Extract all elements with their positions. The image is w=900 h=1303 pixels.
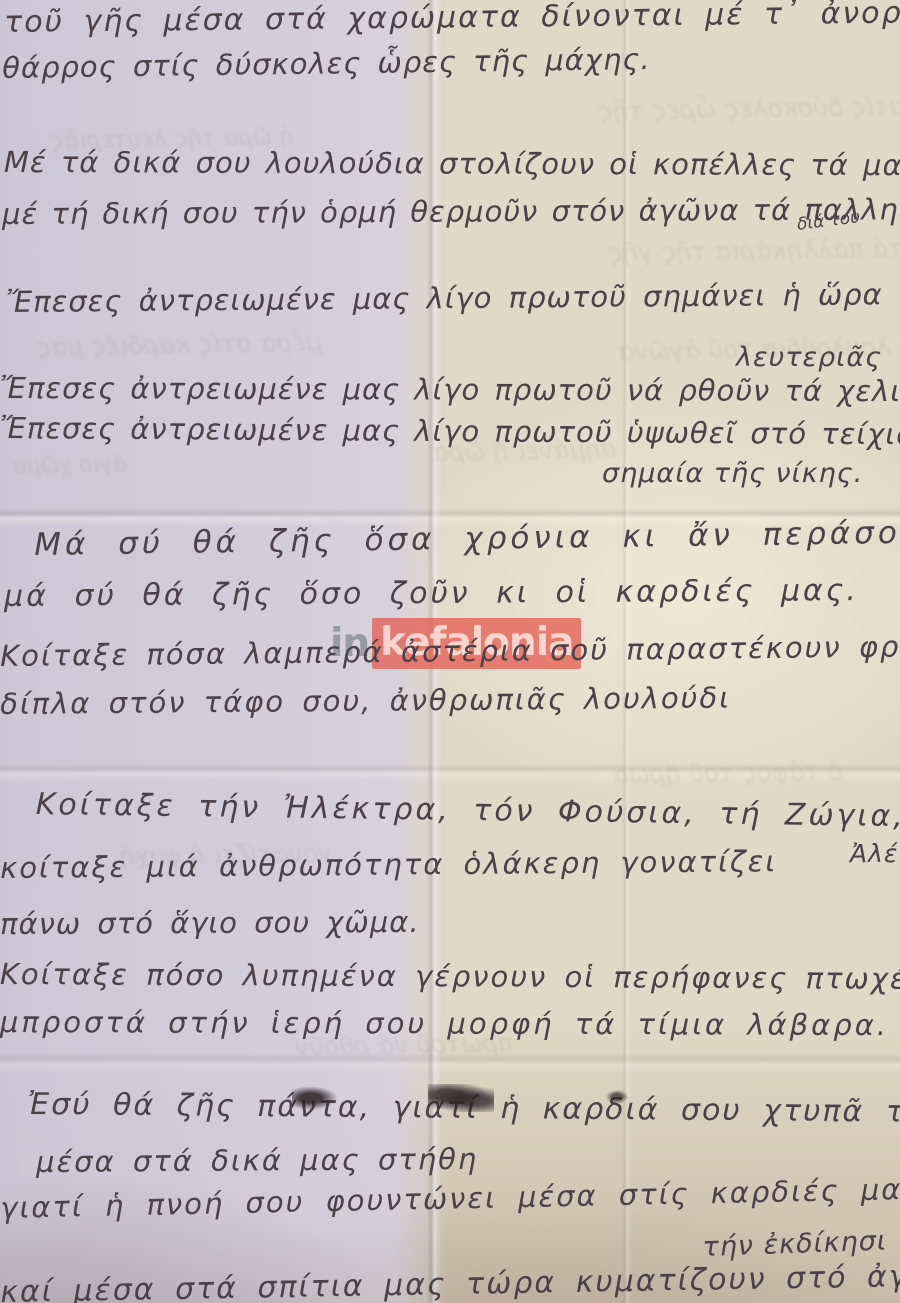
handwritten-line: Κοίταξε πόσο λυπημένα γέρνουν οἱ περήφαν… — [0, 958, 900, 996]
bleed-through-line: ἅγιο χῶμα — [12, 454, 128, 478]
handwritten-line: δίπλα στόν τάφο σου, ἀνθρωπιᾶς λουλούδι — [0, 682, 731, 722]
handwritten-line: τήν ἐκδίκησι — [702, 1226, 887, 1263]
handwritten-line: Μά σύ θά ζῆς ὅσα χρόνια κι ἄν περάσουν — [34, 515, 900, 563]
bleed-through-line: μέσα στίς καρδιές μας — [36, 330, 322, 360]
handwritten-line: τοῦ γῆς μέσα στά χαρώματα δίνονται μέ τ᾽… — [4, 0, 900, 40]
handwritten-line: κοίταξε μιά ἀνθρωπότητα ὁλάκερη γονατίζε… — [0, 845, 777, 885]
handwritten-line: γιατί ἡ πνοή σου φουντώνει μέσα στίς καρ… — [0, 1173, 900, 1226]
handwritten-line: μπροστά στήν ἱερή σου μορφή τά τίμια λάβ… — [0, 1006, 889, 1042]
handwritten-line: θάρρος στίς δύσκολες ὧρες τῆς μάχης. — [2, 43, 651, 85]
handwritten-line: Κοίταξε πόσα λαμπερά ἀστέρια σοῦ παραστέ… — [0, 630, 900, 674]
handwritten-line: πάνω στό ἅγιο σου χῶμα. — [0, 906, 420, 942]
handwritten-line: λευτεριᾶς — [736, 342, 882, 373]
bleed-through-line: τά παλληκάρια τῆς γῆς — [608, 235, 900, 265]
handwritten-line: Ἐσύ θά ζῆς πάντα, γιατί ἡ καρδιά σου χτυ… — [28, 1088, 900, 1131]
handwritten-line: μέ τή δική σου τήν ὁρμή θερμοῦν στόν ἀγῶ… — [2, 193, 900, 232]
bleed-through-line: στίς δύσκολες ὧρες τῆς — [598, 93, 900, 123]
handwritten-line: Ἔπεσες ἀντρειωμένε μας λίγο πρωτοῦ νά ρθ… — [0, 372, 900, 409]
handwritten-line: καί μέσα στά σπίτια μας τώρα κυματίζουν … — [0, 1259, 900, 1303]
handwritten-line: Ἔπεσες ἀντρειωμένε μας λίγο πρωτοῦ σημάν… — [6, 278, 900, 320]
letter-photo: στίς δύσκολες ὧρες τῆς τά παλληκάρια τῆς… — [0, 0, 900, 1303]
handwritten-line: Κοίταξε τήν Ἠλέκτρα, τόν Φούσια, τή Ζώγι… — [36, 788, 900, 836]
handwritten-line-fragment: Ἀλέ — [850, 840, 898, 869]
handwritten-line: Ἔπεσες ἀντρειωμένε μας λίγο πρωτοῦ ὑψωθε… — [0, 412, 900, 452]
bleed-through-line: ὁ τάφος τοῦ ἥρωα — [612, 758, 843, 787]
handwritten-line: σημαία τῆς νίκης. — [602, 458, 863, 489]
handwritten-line: μέσα στά δικά μας στήθη — [36, 1143, 478, 1179]
handwritten-line: Μέ τά δικά σου λουλούδια στολίζουν οἱ κο… — [4, 146, 900, 183]
handwritten-line: μά σύ θά ζῆς ὅσο ζοῦν κι οἱ καρδιές μας. — [4, 574, 859, 614]
